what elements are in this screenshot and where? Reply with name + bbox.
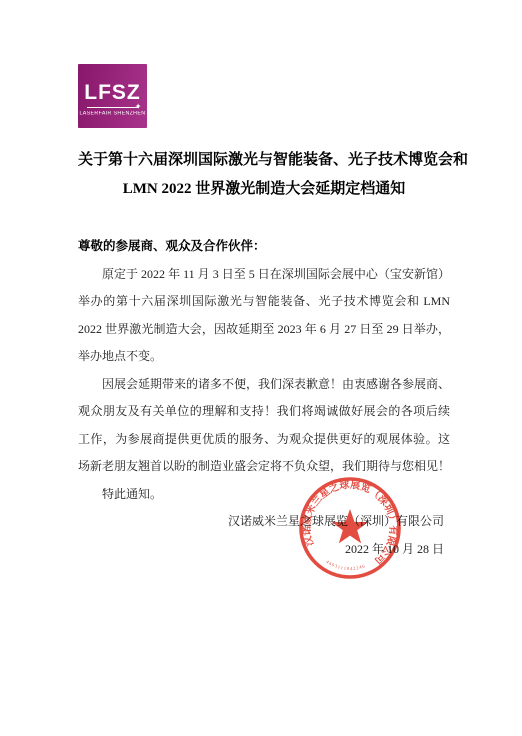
seal-serial-number: 4403111042246 — [325, 559, 366, 571]
seal-star-icon — [332, 509, 368, 543]
paragraph1-line: 举办地点不变。 — [78, 343, 450, 371]
paragraph2-line: 因展会延期带来的诸多不便，我们深表歉意！由衷感谢各参展商、 — [78, 371, 450, 399]
notice-title-line-2: LMN 2022 世界激光制造大会延期定档通知 — [78, 175, 450, 204]
paragraph1-line: 原定于 2022 年 11 月 3 日至 5 日在深圳国际会展中心（宝安新馆） — [78, 261, 450, 289]
paragraph1-line: 2022 世界激光制造大会，因故延期至 2023 年 6 月 27 日至 29 … — [78, 316, 450, 344]
company-seal: 汉诺威米兰星之球展览（深圳）有限公司 4403111042246 — [298, 476, 402, 580]
paragraph1-line: 举办的第十六届深圳国际激光与智能装备、光子技术博览会和 LMN — [78, 288, 450, 316]
salutation: 尊敬的参展商、观众及合作伙伴： — [78, 233, 450, 261]
paragraph2-line: 观众朋友及有关单位的理解和支持！我们将竭诚做好展会的各项后续 — [78, 398, 450, 426]
notice-title-line-1: 关于第十六届深圳国际激光与智能装备、光子技术博览会和 — [78, 146, 450, 175]
paragraph2-line: 工作，为参展商提供更优质的服务、为观众提供更好的观展体验。这 — [78, 426, 450, 454]
notice-document-page: LFSZ ✦ LASERFAIR SHENZHEN 关于第十六届深圳国际激光与智… — [0, 0, 522, 736]
